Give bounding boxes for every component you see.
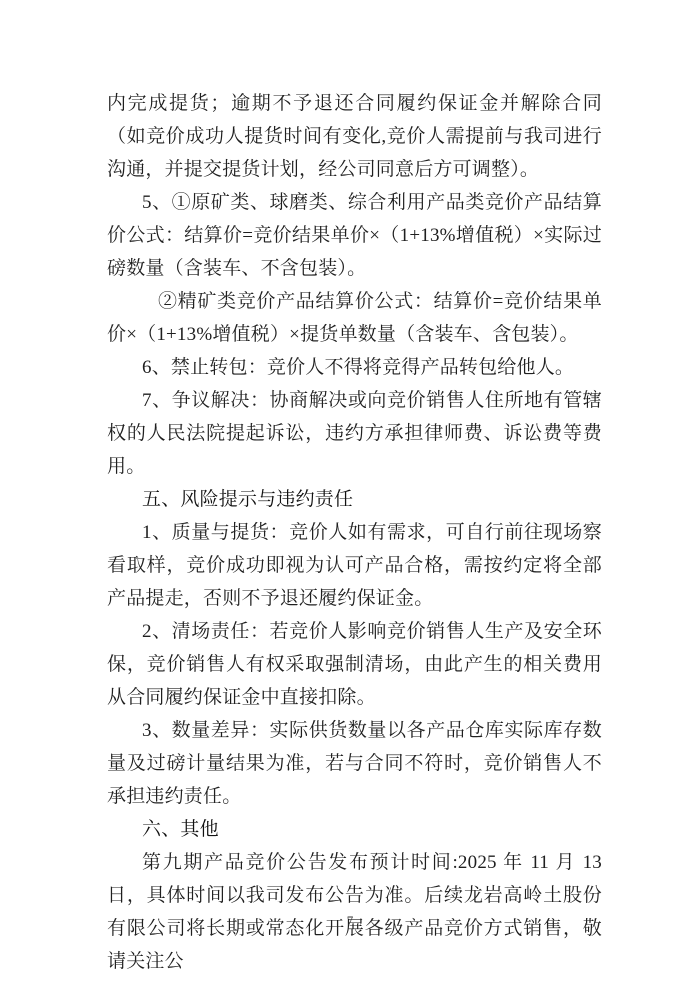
paragraph-section5-item1: 1、质量与提货：竞价人如有需求，可自行前往现场察看取样，竞价成功即视为认可产品合… xyxy=(107,516,602,615)
paragraph-clause5-part1: 5、①原矿类、球磨类、综合利用产品类竞价产品结算价公式：结算价=竞价结果单价×（… xyxy=(107,186,602,285)
paragraph-section5-item2: 2、清场责任：若竞价人影响竞价销售人生产及安全环保，竞价销售人有权采取强制清场，… xyxy=(107,615,602,714)
document-page: 内完成提货；逾期不予退还合同履约保证金并解除合同（如竞价成功人提货时间有变化,竞… xyxy=(0,0,700,990)
paragraph-section5-item3: 3、数量差异：实际供货数量以各产品仓库实际库存数量及过磅计量结果为准，若与合同不… xyxy=(107,714,602,813)
paragraph-clause6: 6、禁止转包：竞价人不得将竞得产品转包给他人。 xyxy=(107,351,602,384)
paragraph-intro-continuation: 内完成提货；逾期不予退还合同履约保证金并解除合同（如竞价成功人提货时间有变化,竞… xyxy=(107,87,602,186)
paragraph-clause5-part2: ②精矿类竞价产品结算价公式：结算价=竞价结果单价×（1+13%增值税）×提货单数… xyxy=(107,285,602,351)
section-heading-risk-and-liability: 五、风险提示与违约责任 xyxy=(107,483,602,516)
paragraph-section6-body: 第九期产品竞价公告发布预计时间:2025 年 11 月 13 日，具体时间以我司… xyxy=(107,846,602,978)
paragraph-clause7: 7、争议解决：协商解决或向竞价销售人住所地有管辖权的人民法院提起诉讼，违约方承担… xyxy=(107,384,602,483)
page-body: 内完成提货；逾期不予退还合同履约保证金并解除合同（如竞价成功人提货时间有变化,竞… xyxy=(107,87,602,978)
section-heading-other: 六、其他 xyxy=(107,813,602,846)
page-number: 7 xyxy=(0,913,700,929)
